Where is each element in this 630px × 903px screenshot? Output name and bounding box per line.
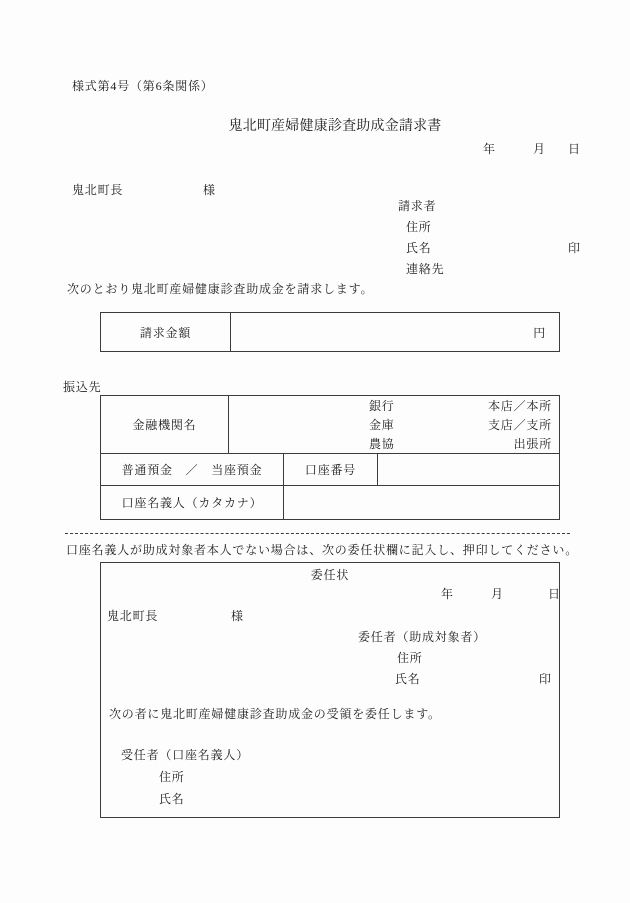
account-type-label: 普通預金 ／ 当座預金	[122, 461, 263, 478]
account-number-cell: 口座番号	[284, 454, 378, 485]
delegator-name-label: 氏名	[395, 670, 421, 687]
poa-date-month-label: 月	[491, 585, 504, 602]
office-type-sub-office: 出張所	[514, 435, 552, 454]
document-page: 様式第4号（第6条関係） 鬼北町産婦健康診査助成金請求書 年 月 日 鬼北町長 …	[0, 0, 630, 903]
form-number: 様式第4号（第6条関係）	[72, 77, 214, 94]
addressee-honorific: 様	[203, 181, 216, 198]
poa-title: 委任状	[101, 566, 559, 583]
poa-addressee-honorific: 様	[231, 607, 244, 624]
document-title: 鬼北町産婦健康診査助成金請求書	[40, 115, 630, 135]
institution-row: 金融機関名 銀行 本店／本所 金庫 支店／支所 農協 出張所	[101, 396, 559, 454]
institution-type-shinkin: 金庫	[369, 416, 395, 435]
institution-options-cell: 銀行 本店／本所 金庫 支店／支所 農協 出張所	[229, 396, 559, 453]
date-month-label: 月	[533, 140, 546, 157]
institution-label: 金融機関名	[132, 416, 196, 433]
institution-type-coop: 農協	[369, 435, 395, 454]
institution-label-cell: 金融機関名	[101, 396, 229, 453]
amount-label-cell: 請求金額	[101, 313, 231, 351]
account-holder-row: 口座名義人（カタカナ）	[101, 486, 559, 519]
amount-table: 請求金額 円	[100, 312, 560, 352]
amount-unit-label: 円	[533, 324, 546, 341]
delegate-name-label: 氏名	[159, 790, 185, 807]
institution-option-line: 農協 出張所	[229, 435, 559, 454]
account-number-label: 口座番号	[305, 461, 356, 478]
claimant-label: 請求者	[398, 197, 436, 214]
delegator-address-label: 住所	[397, 649, 423, 666]
claimant-seal-mark: 印	[568, 239, 581, 256]
delegate-address-label: 住所	[159, 768, 185, 785]
office-type-head-office: 本店／本所	[488, 397, 552, 416]
account-holder-value-cell	[284, 486, 559, 519]
poa-box: 委任状 年 月 日 鬼北町長 様 委任者（助成対象者） 住所 氏名 印 次の者に…	[100, 562, 560, 818]
account-holder-label: 口座名義人（カタカナ）	[122, 494, 263, 511]
poa-note: 口座名義人が助成対象者本人でない場合は、次の委任状欄に記入し、押印してください。	[66, 541, 578, 558]
institution-type-bank: 銀行	[369, 397, 395, 416]
date-day-label: 日	[568, 140, 581, 157]
poa-addressee-name: 鬼北町長	[107, 607, 158, 624]
account-type-cell: 普通預金 ／ 当座預金	[101, 454, 284, 485]
amount-label: 請求金額	[140, 324, 191, 341]
transfer-heading: 振込先	[63, 378, 101, 395]
account-row: 普通預金 ／ 当座預金 口座番号	[101, 454, 559, 486]
declaration-text: 次のとおり鬼北町産婦健康診査助成金を請求します。	[67, 280, 373, 297]
claimant-address-label: 住所	[406, 218, 432, 235]
poa-statement: 次の者に鬼北町産婦健康診査助成金の受領を委任します。	[109, 705, 441, 722]
office-type-branch: 支店／支所	[488, 416, 552, 435]
bank-table: 金融機関名 銀行 本店／本所 金庫 支店／支所 農協 出張所 普通預金 ／ 当座	[100, 395, 560, 520]
amount-value-cell: 円	[231, 313, 559, 351]
poa-date-year-label: 年	[441, 585, 454, 602]
institution-option-line: 金庫 支店／支所	[229, 416, 559, 435]
addressee-name: 鬼北町長	[72, 181, 123, 198]
poa-date-day-label: 日	[548, 585, 561, 602]
account-holder-cell: 口座名義人（カタカナ）	[101, 486, 284, 519]
institution-option-line: 銀行 本店／本所	[229, 397, 559, 416]
date-year-label: 年	[483, 140, 496, 157]
delegator-label: 委任者（助成対象者）	[358, 628, 486, 645]
claimant-contact-label: 連絡先	[406, 260, 444, 277]
claimant-name-label: 氏名	[406, 239, 432, 256]
delegator-seal-mark: 印	[539, 670, 552, 687]
delegate-label: 受任者（口座名義人）	[121, 746, 249, 763]
dashed-separator-line	[65, 533, 570, 534]
account-number-value-cell	[378, 454, 559, 485]
